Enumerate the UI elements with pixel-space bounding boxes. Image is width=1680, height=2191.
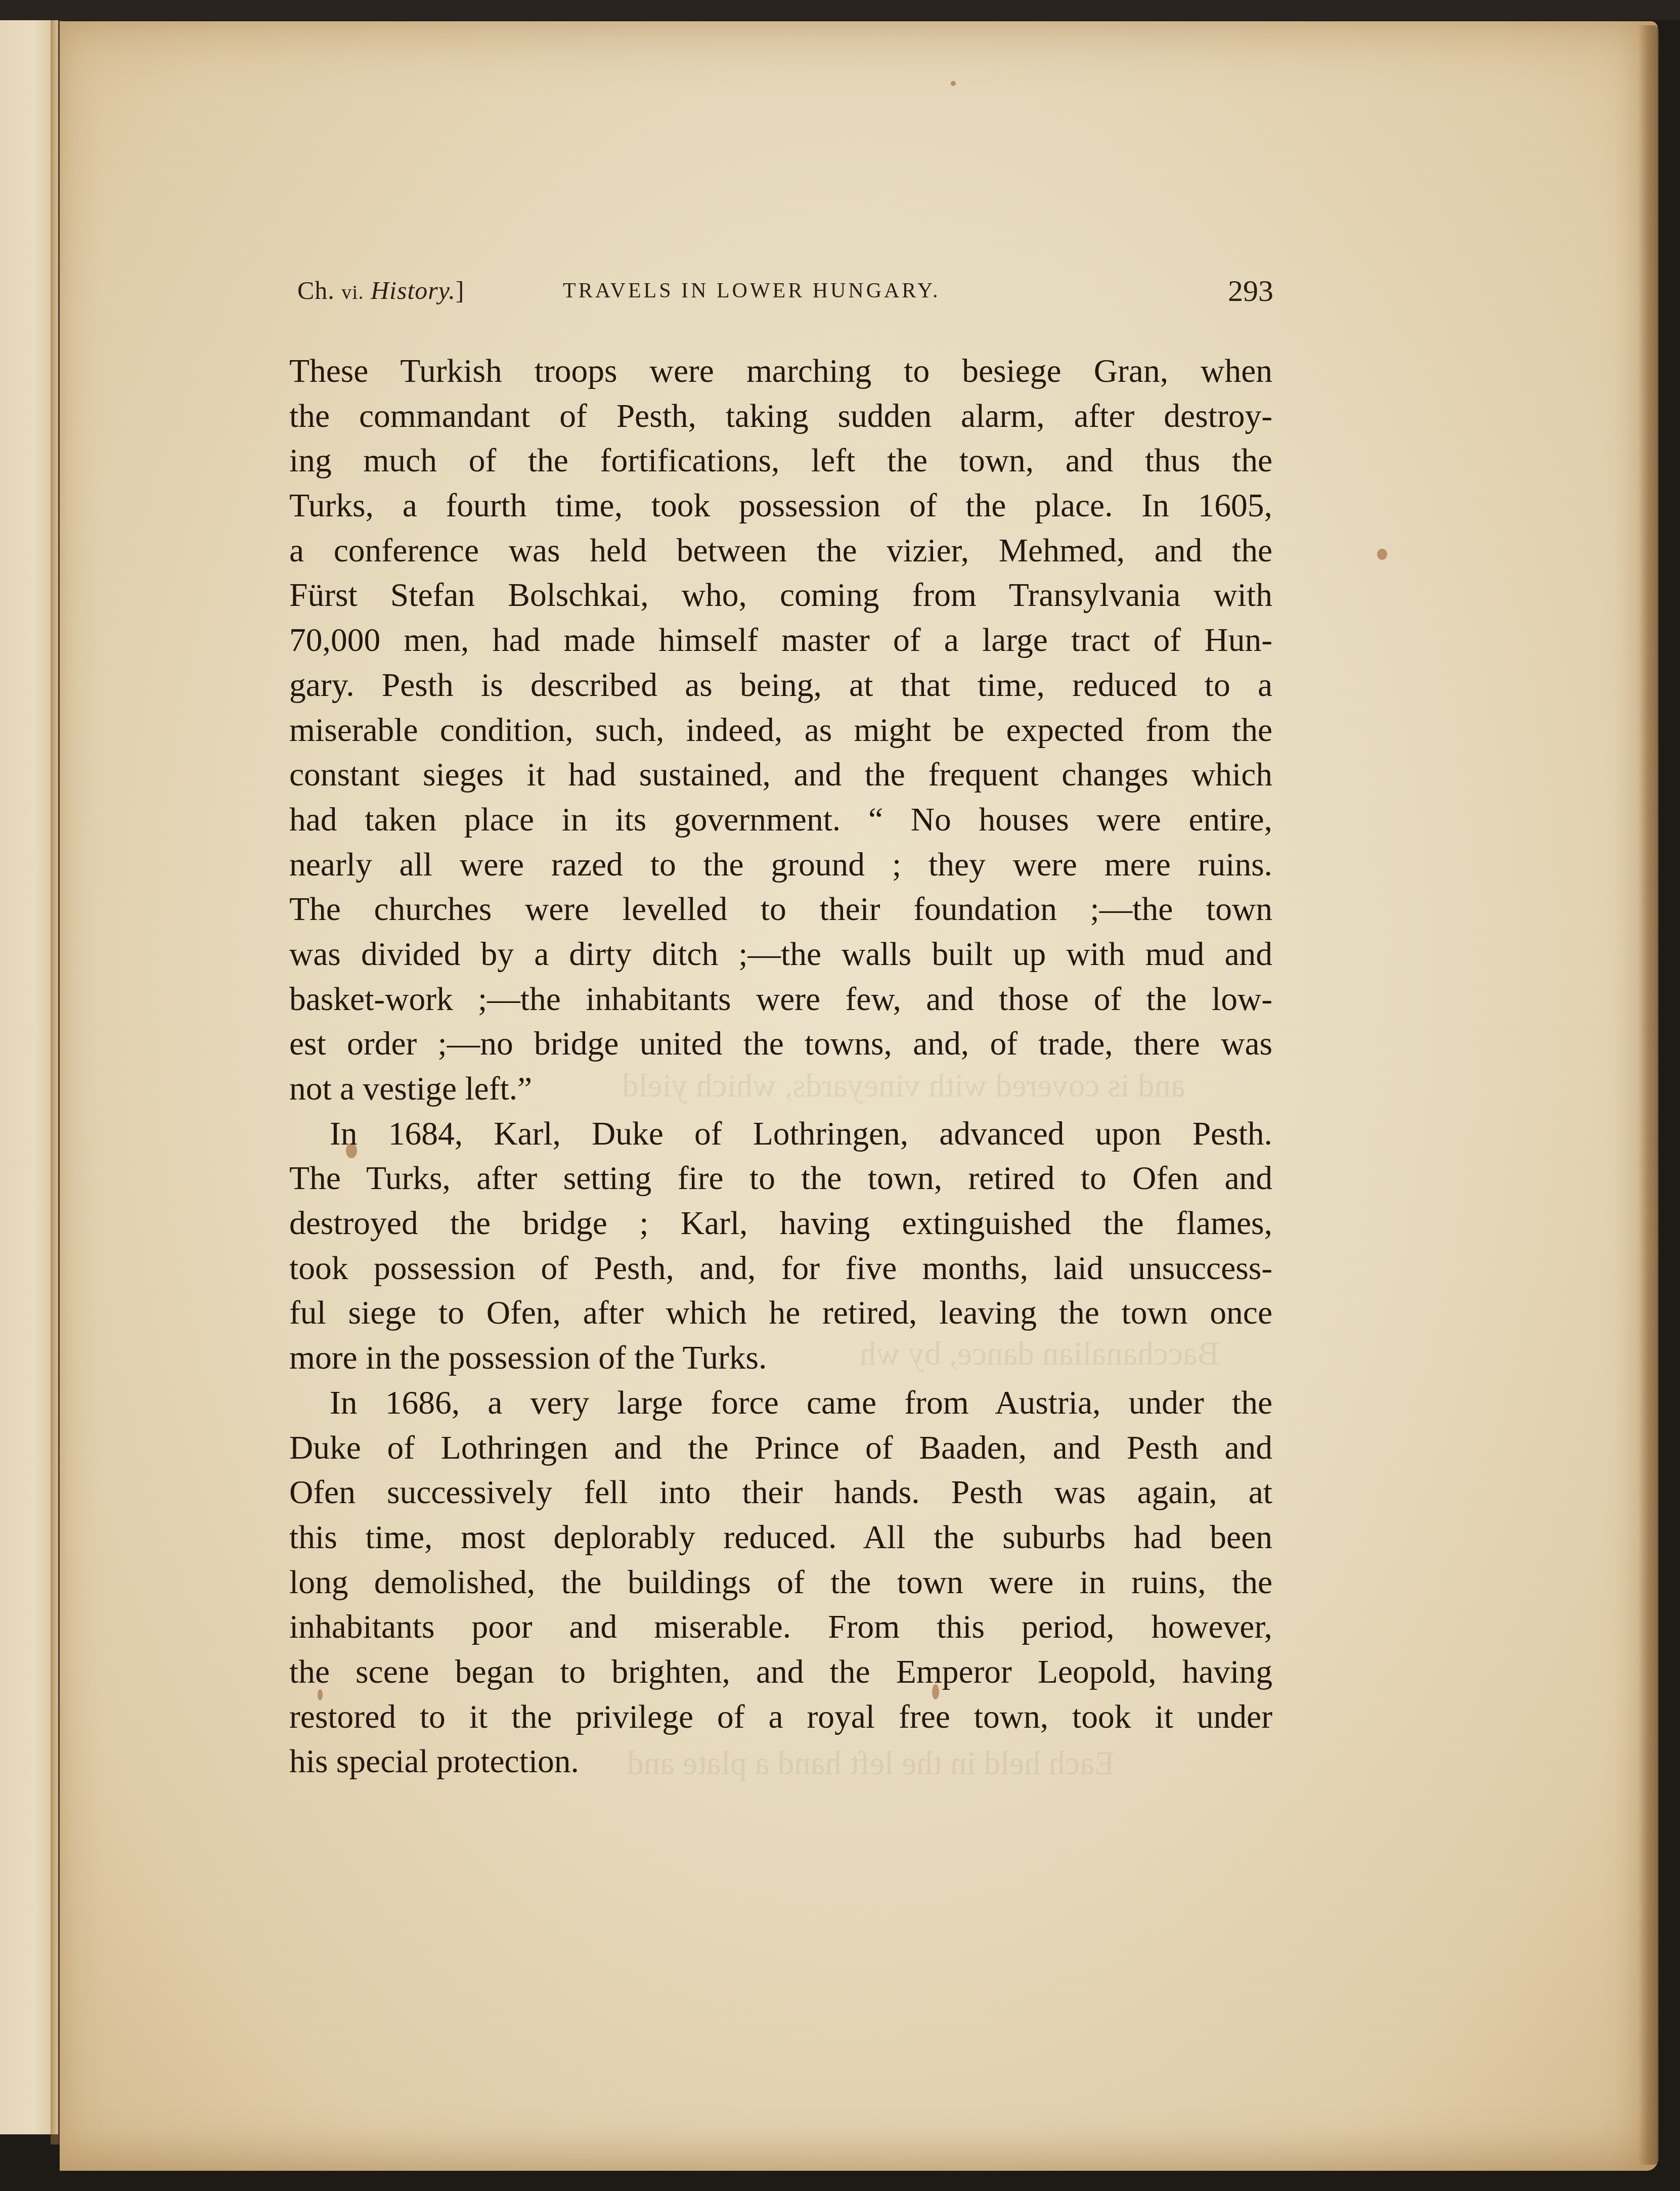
text-line: gary. Pesth is described as being, at th… xyxy=(289,663,1272,708)
chapter-number: vi. xyxy=(341,281,364,303)
chapter-bracket: ] xyxy=(456,276,465,304)
foxing-spot xyxy=(1377,549,1387,560)
text-line: The Turks, after setting fire to the tow… xyxy=(289,1156,1272,1201)
chapter-reference: Ch. vi. History.] xyxy=(297,276,464,305)
text-line: inhabitants poor and miserable. From thi… xyxy=(289,1605,1272,1650)
paragraph: In 1686, a very large force came from Au… xyxy=(289,1381,1272,1784)
text-line: ful siege to Ofen, after which he retire… xyxy=(289,1291,1272,1336)
text-line: had taken place in its government. “ No … xyxy=(289,798,1272,843)
scan-background-top xyxy=(0,0,1680,20)
text-line: In 1684, Karl, Duke of Lothringen, advan… xyxy=(289,1112,1272,1157)
text-line: basket-work ;—the inhabitants were few, … xyxy=(289,977,1272,1022)
body-text: These Turkish troops were marching to be… xyxy=(289,349,1272,1784)
chapter-prefix: Ch. xyxy=(297,276,335,304)
book-title: TRAVELS IN LOWER HUNGARY. xyxy=(563,279,940,303)
page-gutter xyxy=(51,20,66,2144)
text-line: the commandant of Pesth, taking sudden a… xyxy=(289,394,1272,439)
paragraph: These Turkish troops were marching to be… xyxy=(289,349,1272,1112)
text-line: miserable condition, such, indeed, as mi… xyxy=(289,708,1272,753)
text-line: Duke of Lothringen and the Prince of Baa… xyxy=(289,1426,1272,1471)
text-line: ing much of the fortifications, left the… xyxy=(289,439,1272,484)
text-line: took possession of Pesth, and, for five … xyxy=(289,1246,1272,1291)
text-line: These Turkish troops were marching to be… xyxy=(289,349,1272,394)
text-line: Fürst Stefan Bolschkai, who, coming from… xyxy=(289,573,1272,618)
text-line: long demolished, the buildings of the to… xyxy=(289,1560,1272,1605)
text-line: nearly all were razed to the ground ; th… xyxy=(289,843,1272,888)
text-line: constant sieges it had sustained, and th… xyxy=(289,753,1272,798)
text-line: a conference was held between the vizier… xyxy=(289,529,1272,574)
text-line: 70,000 men, had made himself master of a… xyxy=(289,618,1272,663)
text-line: not a vestige left.” xyxy=(289,1067,1272,1112)
text-line: est order ;—no bridge united the towns, … xyxy=(289,1022,1272,1067)
text-line: his special protection. xyxy=(289,1739,1272,1784)
facing-page-edge xyxy=(0,20,58,2134)
text-line: the scene began to brighten, and the Emp… xyxy=(289,1650,1272,1695)
page-number: 293 xyxy=(1228,274,1273,309)
text-line: this time, most deplorably reduced. All … xyxy=(289,1515,1272,1560)
text-line: In 1686, a very large force came from Au… xyxy=(289,1381,1272,1426)
text-line: was divided by a dirty ditch ;—the walls… xyxy=(289,932,1272,977)
text-line: more in the possession of the Turks. xyxy=(289,1336,1272,1381)
text-line: Ofen successively fell into their hands.… xyxy=(289,1470,1272,1515)
foxing-spot xyxy=(951,81,956,86)
text-line: restored to it the privilege of a royal … xyxy=(289,1695,1272,1740)
page-fore-edge xyxy=(1639,25,1659,2165)
text-line: The churches were levelled to their foun… xyxy=(289,887,1272,932)
text-line: Turks, a fourth time, took possession of… xyxy=(289,484,1272,529)
running-head: Ch. vi. History.] TRAVELS IN LOWER HUNGA… xyxy=(297,276,1273,311)
text-line: destroyed the bridge ; Karl, having exti… xyxy=(289,1201,1272,1246)
paragraph: In 1684, Karl, Duke of Lothringen, advan… xyxy=(289,1112,1272,1381)
chapter-topic: History. xyxy=(371,276,456,304)
